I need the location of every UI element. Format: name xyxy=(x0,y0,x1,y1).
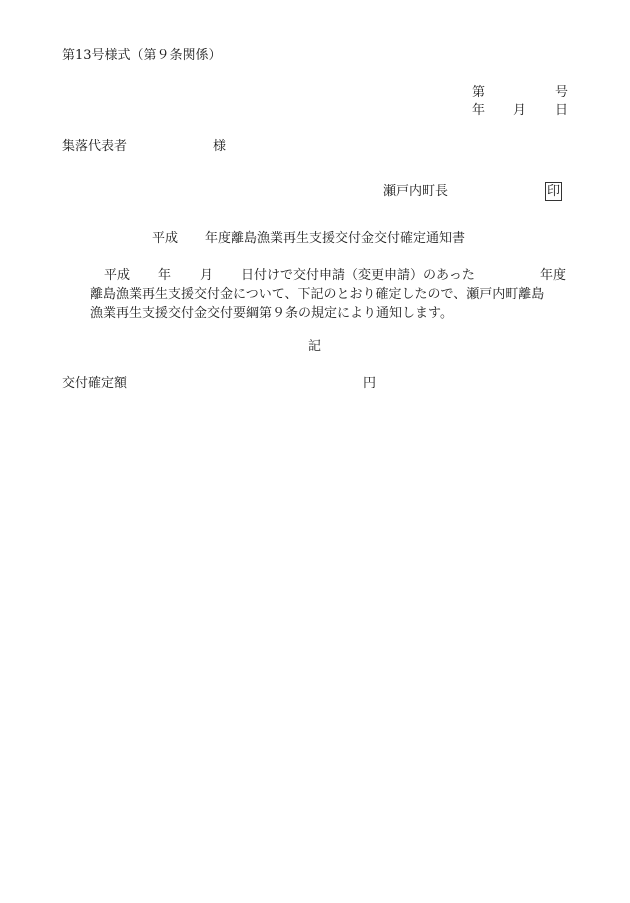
body-month-label: 月 xyxy=(200,266,213,285)
amount-label: 交付確定額 xyxy=(62,377,127,390)
seal-mark: 印 xyxy=(545,182,562,201)
form-number: 第13号様式（第９条関係） xyxy=(62,49,222,62)
body-year-label: 年 xyxy=(158,266,171,285)
date-year-label: 年 xyxy=(472,104,485,117)
document-title: 年度離島漁業再生支援交付金交付確定通知書 xyxy=(205,232,465,245)
recipient-label: 集落代表者 xyxy=(62,140,127,153)
date-month-label: 月 xyxy=(513,104,526,117)
body-line-2: 離島漁業再生支援交付金について、下記のとおり確定したので、瀬戸内町離島 xyxy=(90,285,570,304)
body-line-1: 平成 年 月 日付けで交付申請（変更申請）のあった 年度 xyxy=(90,266,570,285)
issuer-name: 瀬戸内町長 xyxy=(383,185,448,198)
date-day-label: 日 xyxy=(555,104,568,117)
body-paragraph: 平成 年 月 日付けで交付申請（変更申請）のあった 年度 離島漁業再生支援交付金… xyxy=(90,266,570,323)
body-era: 平成 xyxy=(104,266,130,285)
doc-number-suffix: 号 xyxy=(555,86,568,99)
amount-unit: 円 xyxy=(363,377,376,390)
ki-heading: 記 xyxy=(308,340,321,353)
doc-number-prefix: 第 xyxy=(472,86,485,99)
body-line-3: 漁業再生支援交付金交付要綱第９条の規定により通知します。 xyxy=(90,304,570,323)
recipient-honorific: 様 xyxy=(213,140,226,153)
body-line-1-text: 日付けで交付申請（変更申請）のあった xyxy=(241,266,475,285)
title-era: 平成 xyxy=(152,232,178,245)
body-fiscal-year-label: 年度 xyxy=(540,266,566,285)
